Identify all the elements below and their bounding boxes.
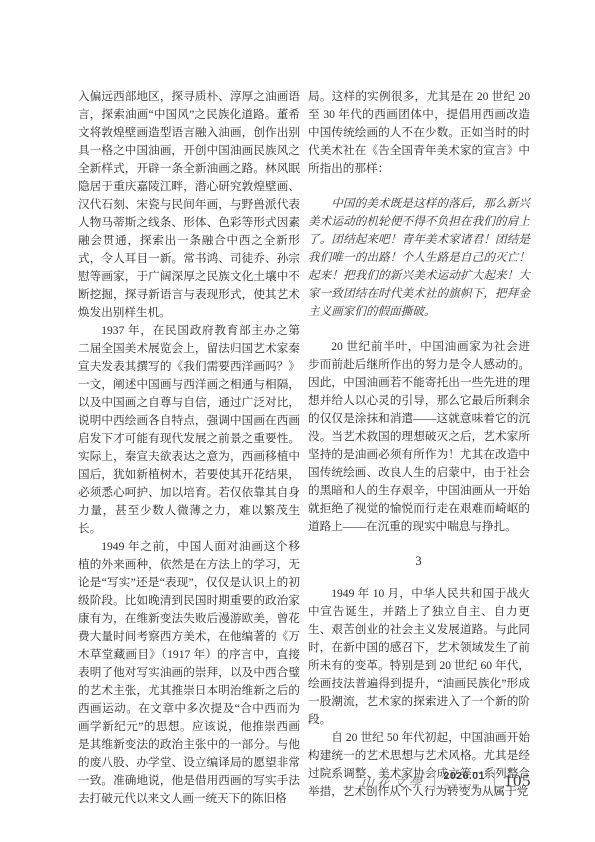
footer-divider: [434, 770, 435, 792]
issue-number: 总第777期: [444, 784, 480, 791]
paragraph: 1949 年之前，中国人面对油画这个移植的外来画种，依然是在方法上的学习，无论是…: [78, 538, 300, 808]
paragraph-continuation: 入偏远西部地区，探寻质朴、淳厚之油画语言，探索油画“中国风”之民族化道路。董希文…: [78, 88, 300, 322]
paragraph: 20 世纪前半叶，中国油画家为社会进步而前赴后继所作出的努力是令人感动的。因此，…: [308, 338, 530, 536]
footer-divider: [494, 770, 495, 792]
paragraph-continuation: 局。这样的实例很多，尤其是在 20 世纪 20 至 30 年代的西画团体中，提倡…: [308, 88, 530, 178]
block-quote: 中国的美术既是这样的落后，那么新兴美术运动的机轮便不得不负担在我们的肩上了。团结…: [308, 195, 530, 321]
page-body: 入偏远西部地区，探寻质朴、淳厚之油画语言，探索油画“中国风”之民族化道路。董希文…: [78, 88, 530, 808]
issue-date: 2026.01: [444, 771, 485, 783]
page-footer: 山花文學 2026.01 总第777期 105: [361, 770, 531, 792]
page-number: 105: [504, 771, 531, 791]
journal-logo: 山花文學: [360, 772, 426, 791]
section-heading: 3: [308, 552, 530, 570]
right-column: 局。这样的实例很多，尤其是在 20 世纪 20 至 30 年代的西画团体中，提倡…: [308, 88, 530, 808]
document-page: 入偏远西部地区，探寻质朴、淳厚之油画语言，探索油画“中国风”之民族化道路。董希文…: [0, 0, 595, 842]
left-column: 入偏远西部地区，探寻质朴、淳厚之油画语言，探索油画“中国风”之民族化道路。董希文…: [78, 88, 300, 808]
issue-info: 2026.01 总第777期: [444, 771, 485, 791]
paragraph: 1949 年 10 月，中华人民共和国于战火中宣告诞生，并踏上了独立自主、自力更…: [308, 585, 530, 729]
paragraph: 1937 年，在民国政府教育部主办之第二届全国美术展览会上，留法归国艺术家秦宣夫…: [78, 322, 300, 538]
